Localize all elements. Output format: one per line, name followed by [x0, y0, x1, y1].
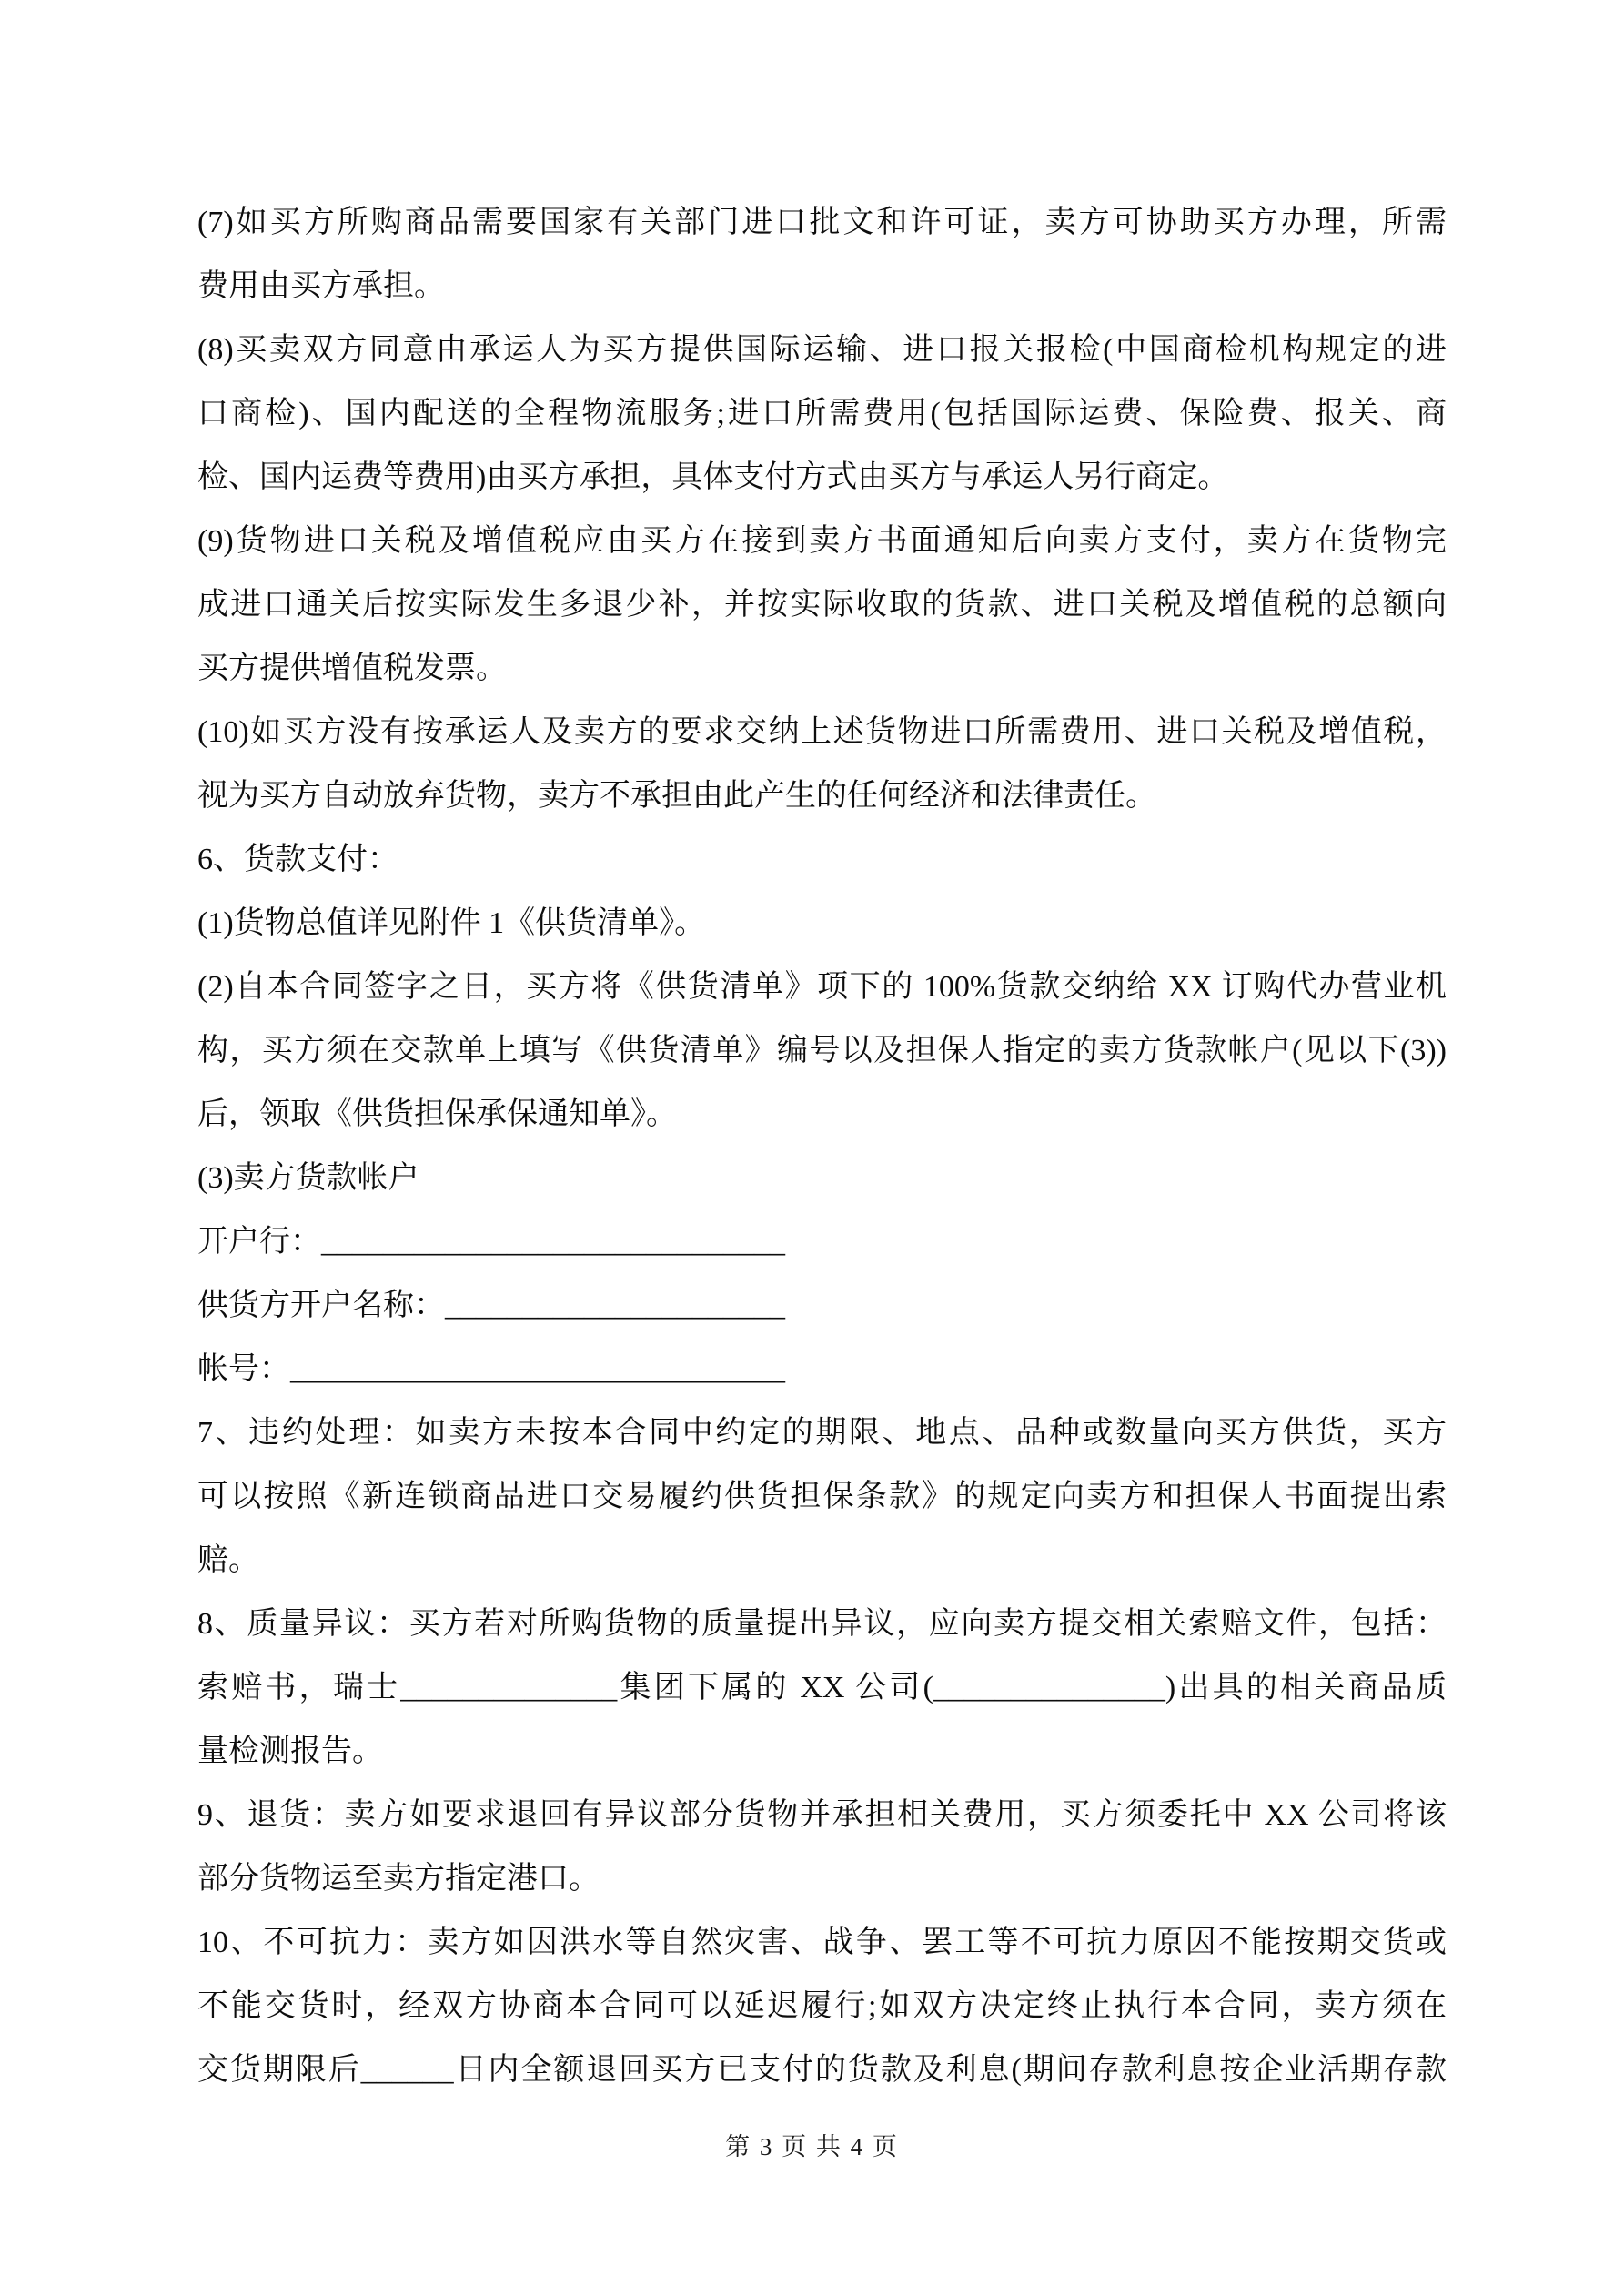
contract-line: (2)自本合同签字之日，买方将《供货清单》项下的 100%货款交纳给 XX 订购… — [197, 956, 1447, 1019]
contract-line: 9、退货：卖方如要求退回有异议部分货物并承担相关费用，买方须委托中 XX 公司将… — [197, 1784, 1447, 1847]
contract-line: (8)买卖双方同意由承运人为买方提供国际运输、进口报关报检(中国商检机构规定的进 — [197, 319, 1447, 382]
contract-body: (7)如买方所购商品需要国家有关部门进口批文和许可证，卖方可协助买方办理，所需费… — [0, 0, 1624, 2102]
contract-line: 8、质量异议：买方若对所购货物的质量提出异议，应向卖方提交相关索赔文件，包括： — [197, 1593, 1447, 1656]
contract-line: 供货方开户名称：______________________ — [197, 1274, 1447, 1338]
contract-line: 检、国内运费等费用)由买方承担，具体支付方式由买方与承运人另行商定。 — [197, 446, 1447, 510]
contract-line: 可以按照《新连锁商品进口交易履约供货担保条款》的规定向卖方和担保人书面提出索 — [197, 1465, 1447, 1529]
contract-line: 构，买方须在交款单上填写《供货清单》编号以及担保人指定的卖方货款帐户(见以下(3… — [197, 1019, 1447, 1083]
contract-line: 后，领取《供货担保承保通知单》。 — [197, 1083, 1447, 1147]
contract-line: 6、货款支付： — [197, 828, 1447, 892]
contract-line: (3)卖方货款帐户 — [197, 1147, 1447, 1210]
contract-line: 量检测报告。 — [197, 1720, 1447, 1784]
contract-line: 7、违约处理：如卖方未按本合同中约定的期限、地点、品种或数量向买方供货，买方 — [197, 1401, 1447, 1465]
contract-line: (1)货物总值详见附件 1《供货清单》。 — [197, 892, 1447, 956]
contract-line: 买方提供增值税发票。 — [197, 637, 1447, 701]
contract-line: 交货期限后______日内全额退回买方已支付的货款及利息(期间存款利息按企业活期… — [197, 2038, 1447, 2102]
contract-line: (9)货物进口关税及增值税应由买方在接到卖方书面通知后向卖方支付，卖方在货物完 — [197, 510, 1447, 573]
contract-line: 不能交货时，经双方协商本合同可以延迟履行;如双方决定终止执行本合同，卖方须在 — [197, 1975, 1447, 2038]
contract-line: 费用由买方承担。 — [197, 255, 1447, 319]
contract-line: 索赔书，瑞士______________集团下属的 XX 公司(________… — [197, 1656, 1447, 1720]
contract-page: (7)如买方所购商品需要国家有关部门进口批文和许可证，卖方可协助买方办理，所需费… — [0, 0, 1624, 2296]
contract-line: (10)如买方没有按承运人及卖方的要求交纳上述货物进口所需费用、进口关税及增值税… — [197, 701, 1447, 764]
contract-line: 口商检)、国内配送的全程物流服务;进口所需费用(包括国际运费、保险费、报关、商 — [197, 382, 1447, 446]
contract-line: 视为买方自动放弃货物，卖方不承担由此产生的任何经济和法律责任。 — [197, 764, 1447, 828]
contract-line: 帐号：________________________________ — [197, 1338, 1447, 1401]
contract-line: (7)如买方所购商品需要国家有关部门进口批文和许可证，卖方可协助买方办理，所需 — [197, 191, 1447, 255]
page-number: 第 3 页 共 4 页 — [0, 2129, 1624, 2164]
contract-line: 部分货物运至卖方指定港口。 — [197, 1847, 1447, 1911]
contract-line: 成进口通关后按实际发生多退少补，并按实际收取的货款、进口关税及增值税的总额向 — [197, 573, 1447, 637]
contract-line: 赔。 — [197, 1529, 1447, 1593]
contract-line: 10、不可抗力：卖方如因洪水等自然灾害、战争、罢工等不可抗力原因不能按期交货或 — [197, 1911, 1447, 1975]
contract-line: 开户行：______________________________ — [197, 1210, 1447, 1274]
